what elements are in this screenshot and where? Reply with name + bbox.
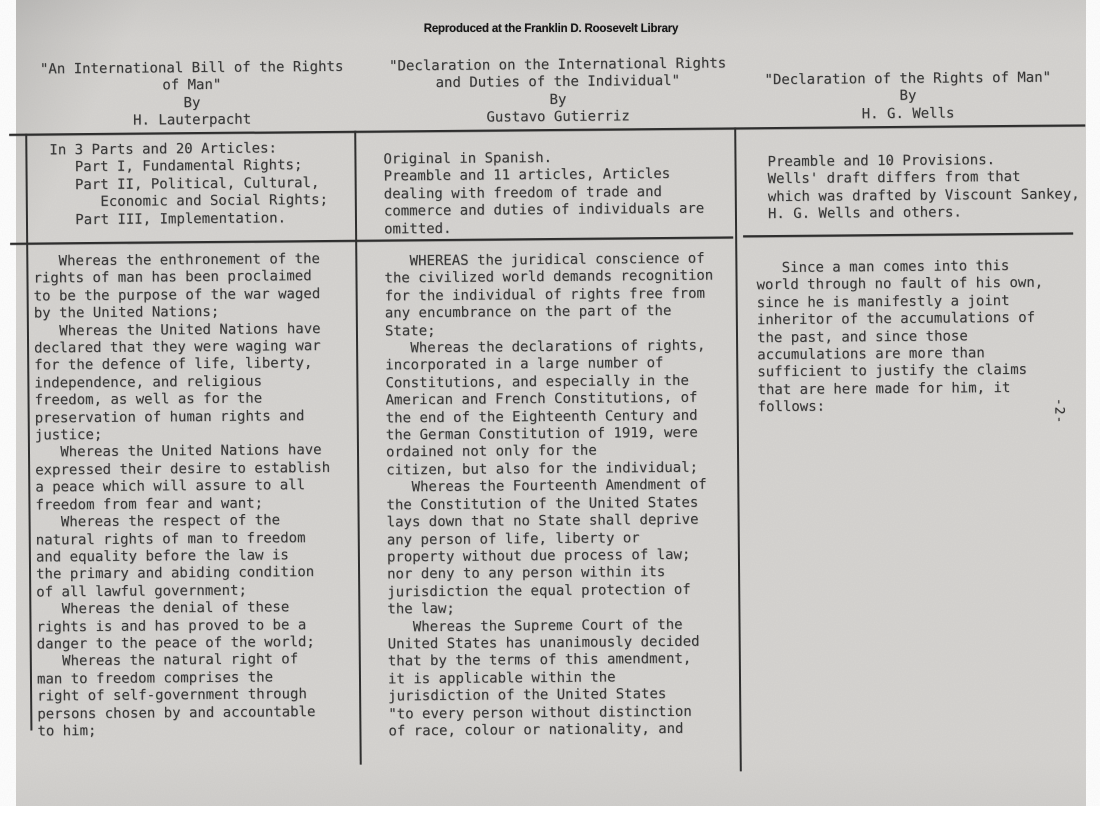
table-rule-middle-left [10,236,733,244]
table-border-left [25,134,32,731]
typewritten-table: "An International Bill of the Rights of … [0,0,1100,837]
body-cell-lauterpacht: Whereas the enthronement of the rights o… [33,251,332,741]
summary-cell-lauterpacht: In 3 Parts and 20 Articles: Part I, Fund… [49,140,328,229]
page-number: -2- [1051,398,1066,425]
column-header-wells: "Declaration of the Rights of Man" By H.… [739,69,1077,124]
column-divider-2 [734,127,741,771]
summary-cell-gutierriz: Original in Spanish. Preamble and 11 art… [383,149,704,239]
body-cell-wells: Since a man comes into this world throug… [756,258,1044,417]
column-header-lauterpacht: "An International Bill of the Rights of … [27,59,358,132]
body-cell-gutierriz: WHEREAS the juridical conscience of the … [384,251,717,741]
table-rule-middle-right [743,232,1073,236]
column-header-gutierriz: "Declaration on the International Rights… [369,55,748,128]
column-divider-1 [354,131,361,765]
summary-cell-wells: Preamble and 10 Provisions. Wells' draft… [767,151,1079,223]
scanned-document-page: Reproduced at the Franklin D. Roosevelt … [0,0,1100,837]
